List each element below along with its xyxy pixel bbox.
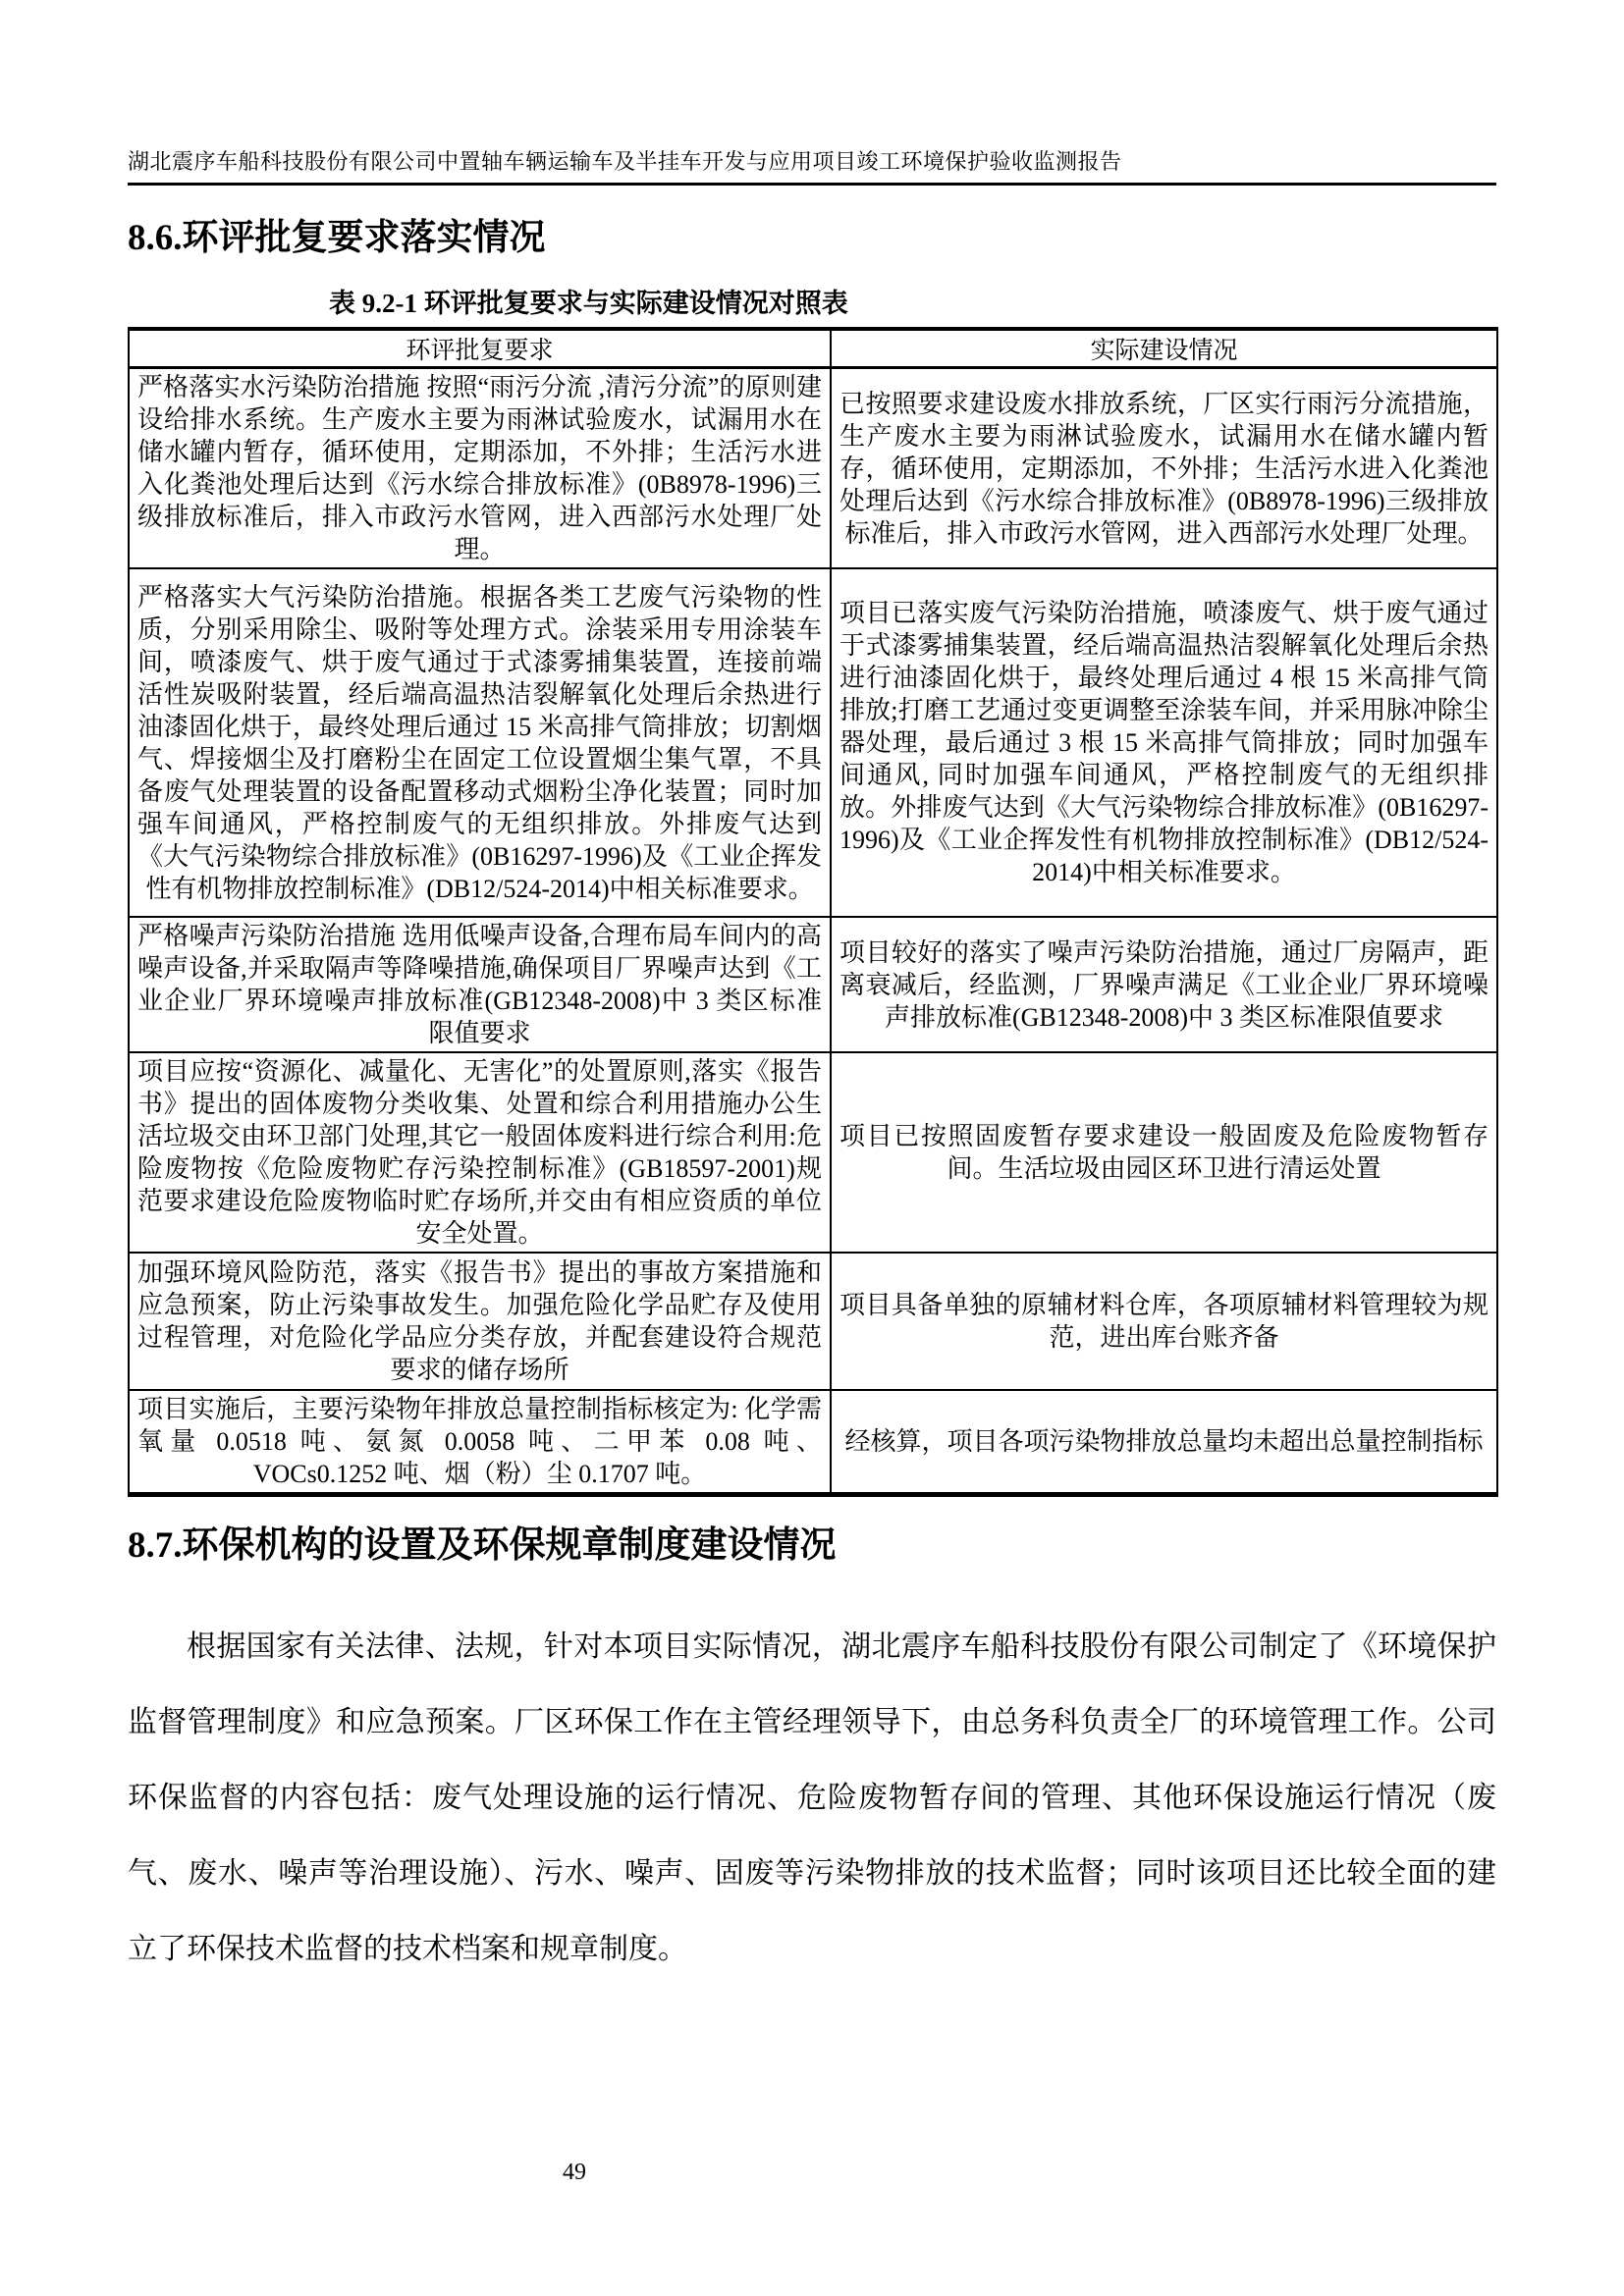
column-header-requirement: 环评批复要求 bbox=[129, 329, 831, 368]
body-paragraph: 根据国家有关法律、法规，针对本项目实际情况，湖北震序车船科技股份有限公司制定了《… bbox=[128, 1609, 1496, 1987]
table-header-row: 环评批复要求 实际建设情况 bbox=[129, 329, 1497, 368]
cell-actual-solid-waste: 项目已按照固废暂存要求建设一般固废及危险废物暂存间。生活垃圾由园区环卫进行清运处… bbox=[831, 1052, 1497, 1253]
cell-requirement-total-amount: 项目实施后，主要污染物年排放总量控制指标核定为: 化学需氧量 0.0518 吨、… bbox=[129, 1390, 831, 1495]
cell-actual-risk: 项目具备单独的原辅材料仓库，各项原辅材料管理较为规范，进出库台账齐备 bbox=[831, 1253, 1497, 1390]
table-row-water: 严格落实水污染防治措施 按照“雨污分流 ,清污分流”的原则建设给排水系统。生产废… bbox=[129, 368, 1497, 569]
comparison-table: 环评批复要求 实际建设情况 严格落实水污染防治措施 按照“雨污分流 ,清污分流”… bbox=[128, 327, 1498, 1497]
cell-actual-total-amount: 经核算，项目各项污染物排放总量均未超出总量控制指标 bbox=[831, 1390, 1497, 1495]
running-header: 湖北震序车船科技股份有限公司中置轴车辆运输车及半挂车开发与应用项目竣工环境保护验… bbox=[128, 147, 1496, 186]
cell-requirement-risk: 加强环境风险防范，落实《报告书》提出的事故方案措施和应急预案，防止污染事故发生。… bbox=[129, 1253, 831, 1390]
section-8-7-title: 8.7.环保机构的设置及环保规章制度建设情况 bbox=[128, 1522, 1496, 1570]
table-caption: 表 9.2-1 环评批复要求与实际建设情况对照表 bbox=[329, 286, 848, 321]
table-row-noise: 严格噪声污染防治措施 选用低噪声设备,合理布局车间内的高噪声设备,并采取隔声等降… bbox=[129, 917, 1497, 1052]
page-number: 49 bbox=[0, 2160, 1149, 2186]
page-content: 湖北震序车船科技股份有限公司中置轴车辆运输车及半挂车开发与应用项目竣工环境保护验… bbox=[128, 0, 1496, 1987]
section-8-6-title: 8.6.环评批复要求落实情况 bbox=[128, 215, 1496, 262]
table-row-solid-waste: 项目应按“资源化、减量化、无害化”的处置原则,落实《报告书》提出的固体废物分类收… bbox=[129, 1052, 1497, 1253]
cell-requirement-air: 严格落实大气污染防治措施。根据各类工艺废气污染物的性质，分别采用除尘、吸附等处理… bbox=[129, 568, 831, 917]
table-row-total-amount: 项目实施后，主要污染物年排放总量控制指标核定为: 化学需氧量 0.0518 吨、… bbox=[129, 1390, 1497, 1495]
cell-requirement-water: 严格落实水污染防治措施 按照“雨污分流 ,清污分流”的原则建设给排水系统。生产废… bbox=[129, 368, 831, 569]
table-row-risk: 加强环境风险防范，落实《报告书》提出的事故方案措施和应急预案，防止污染事故发生。… bbox=[129, 1253, 1497, 1390]
cell-requirement-solid-waste: 项目应按“资源化、减量化、无害化”的处置原则,落实《报告书》提出的固体废物分类收… bbox=[129, 1052, 831, 1253]
column-header-actual: 实际建设情况 bbox=[831, 329, 1497, 368]
table-row-air: 严格落实大气污染防治措施。根据各类工艺废气污染物的性质，分别采用除尘、吸附等处理… bbox=[129, 568, 1497, 917]
cell-requirement-noise: 严格噪声污染防治措施 选用低噪声设备,合理布局车间内的高噪声设备,并采取隔声等降… bbox=[129, 917, 831, 1052]
cell-actual-noise: 项目较好的落实了噪声污染防治措施，通过厂房隔声，距离衰减后，经监测，厂界噪声满足… bbox=[831, 917, 1497, 1052]
cell-actual-water: 已按照要求建设废水排放系统，厂区实行雨污分流措施，生产废水主要为雨淋试验废水，试… bbox=[831, 368, 1497, 569]
cell-actual-air: 项目已落实废气污染防治措施，喷漆废气、烘于废气通过于式漆雾捕集装置，经后端高温热… bbox=[831, 568, 1497, 917]
